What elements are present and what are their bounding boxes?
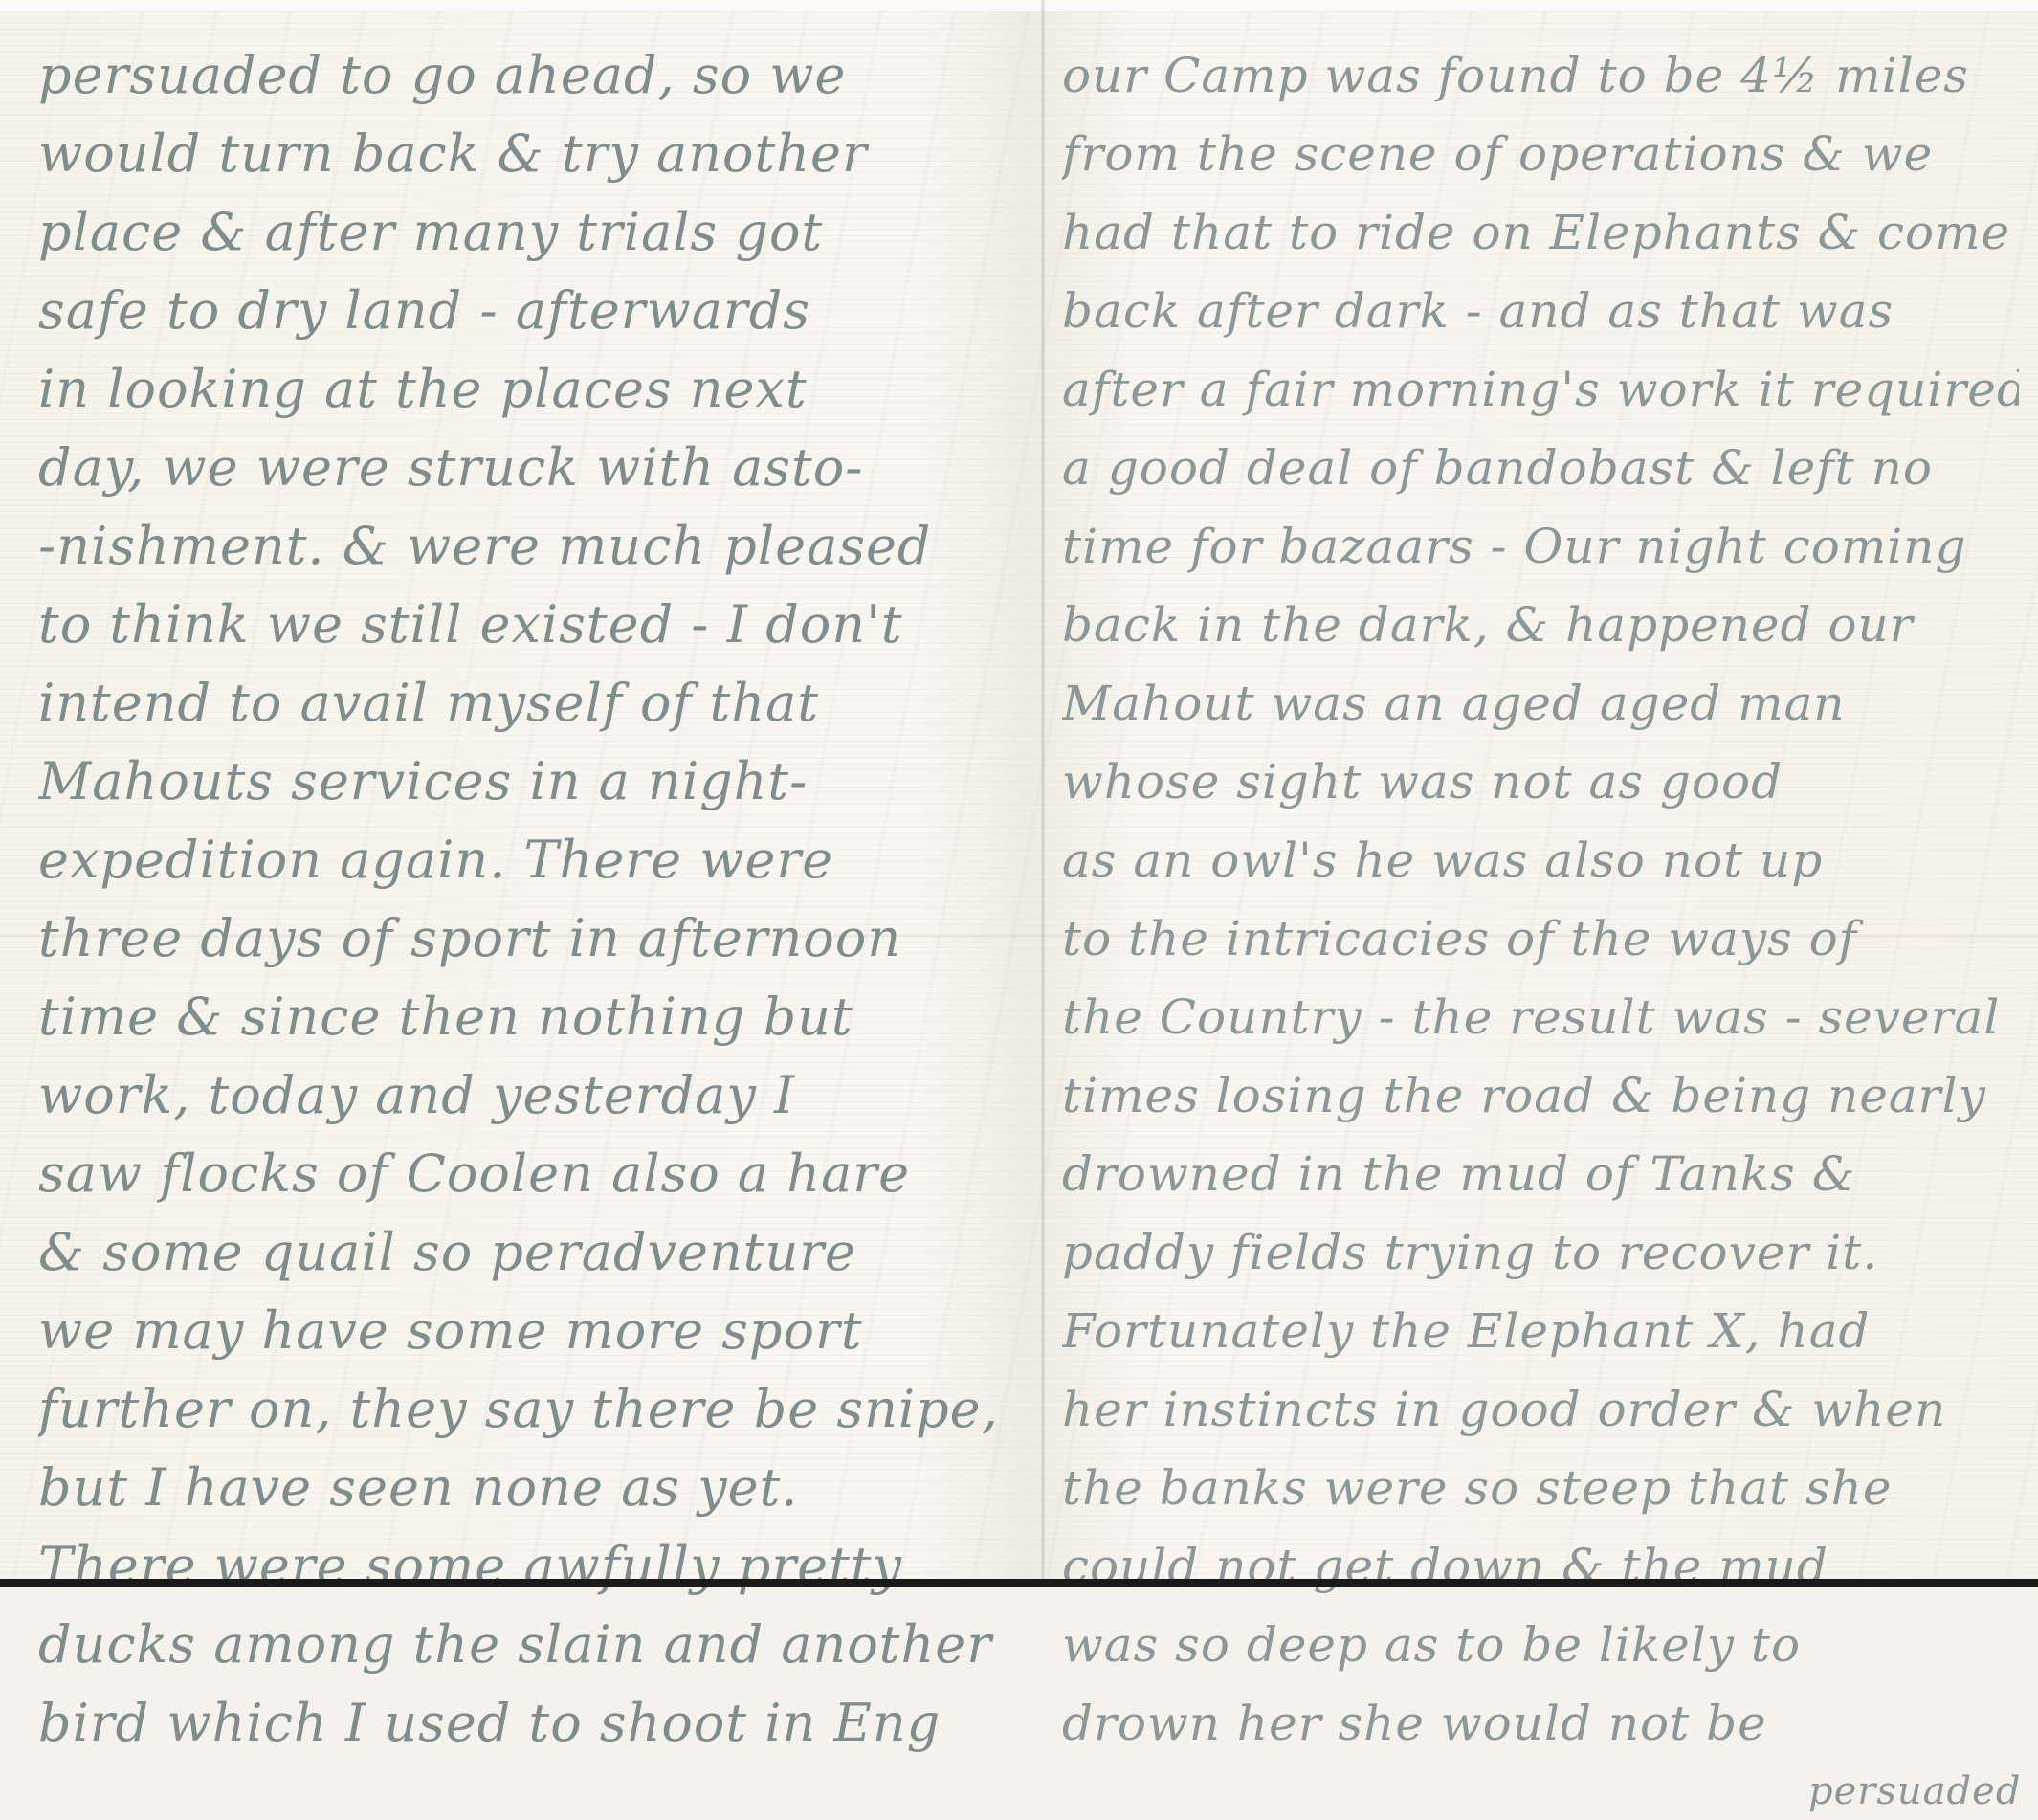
right-line-8: back in the dark, & happened our	[1062, 586, 2019, 664]
left-line-2: would turn back & try another	[38, 115, 1024, 193]
right-line-13: the Country - the result was - several	[1062, 978, 2019, 1056]
left-line-17: we may have some more sport	[38, 1292, 1024, 1370]
scan-bottom-border	[0, 1579, 2038, 1587]
left-line-18: further on, they say there be snipe,	[38, 1370, 1024, 1449]
center-fold	[1041, 0, 1045, 1579]
right-line-10: whose sight was not as good	[1062, 743, 2019, 821]
right-line-2: from the scene of operations & we	[1062, 115, 2019, 193]
left-line-14: work, today and yesterday I	[38, 1056, 1024, 1135]
right-line-5: after a fair morning's work it required	[1062, 350, 2019, 429]
right-line-9: Mahout was an aged aged man	[1062, 664, 2019, 743]
left-page: persuaded to go ahead, so we would turn …	[38, 36, 1024, 1587]
right-line-7: time for bazaars - Our night coming	[1062, 507, 2019, 586]
left-line-6: day, we were struck with asto-	[38, 429, 1024, 507]
left-line-7: -nishment. & were much pleased	[38, 507, 1024, 586]
left-line-8: to think we still existed - I don't	[38, 586, 1024, 664]
right-line-16: paddy fields trying to recover it.	[1062, 1213, 2019, 1292]
left-line-1: persuaded to go ahead, so we	[38, 36, 1024, 115]
right-line-11: as an owl's he was also not up	[1062, 821, 2019, 899]
right-line-4: back after dark - and as that was	[1062, 272, 2019, 350]
left-line-4: safe to dry land - afterwards	[38, 272, 1024, 350]
left-line-16: & some quail so peradventure	[38, 1213, 1024, 1292]
left-line-15: saw flocks of Coolen also a hare	[38, 1135, 1024, 1213]
right-line-14: times losing the road & being nearly	[1062, 1056, 2019, 1135]
left-line-19: but I have seen none as yet.	[38, 1449, 1024, 1527]
left-line-13: time & since then nothing but	[38, 978, 1024, 1056]
right-line-19: the banks were so steep that she	[1062, 1449, 2019, 1527]
right-line-18: her instincts in good order & when	[1062, 1370, 2019, 1449]
right-line-1: our Camp was found to be 4½ miles	[1062, 36, 2019, 115]
left-line-20: There were some awfully pretty	[38, 1527, 1024, 1587]
left-line-9: intend to avail myself of that	[38, 664, 1024, 743]
right-line-6: a good deal of bandobast & left no	[1062, 429, 2019, 507]
right-page: our Camp was found to be 4½ miles from t…	[1062, 36, 2019, 1587]
scan-top-edge	[0, 0, 2038, 11]
right-line-20: could not get down & the mud	[1062, 1527, 2019, 1587]
left-line-11: expedition again. There were	[38, 821, 1024, 899]
right-line-3: had that to ride on Elephants & come	[1062, 193, 2019, 272]
right-line-15: drowned in the mud of Tanks &	[1062, 1135, 2019, 1213]
left-line-5: in looking at the places next	[38, 350, 1024, 429]
right-line-12: to the intricacies of the ways of	[1062, 899, 2019, 978]
left-line-10: Mahouts services in a night-	[38, 743, 1024, 821]
right-line-17: Fortunately the Elephant X, had	[1062, 1292, 2019, 1370]
left-line-12: three days of sport in afternoon	[38, 899, 1024, 978]
left-line-3: place & after many trials got	[38, 193, 1024, 272]
